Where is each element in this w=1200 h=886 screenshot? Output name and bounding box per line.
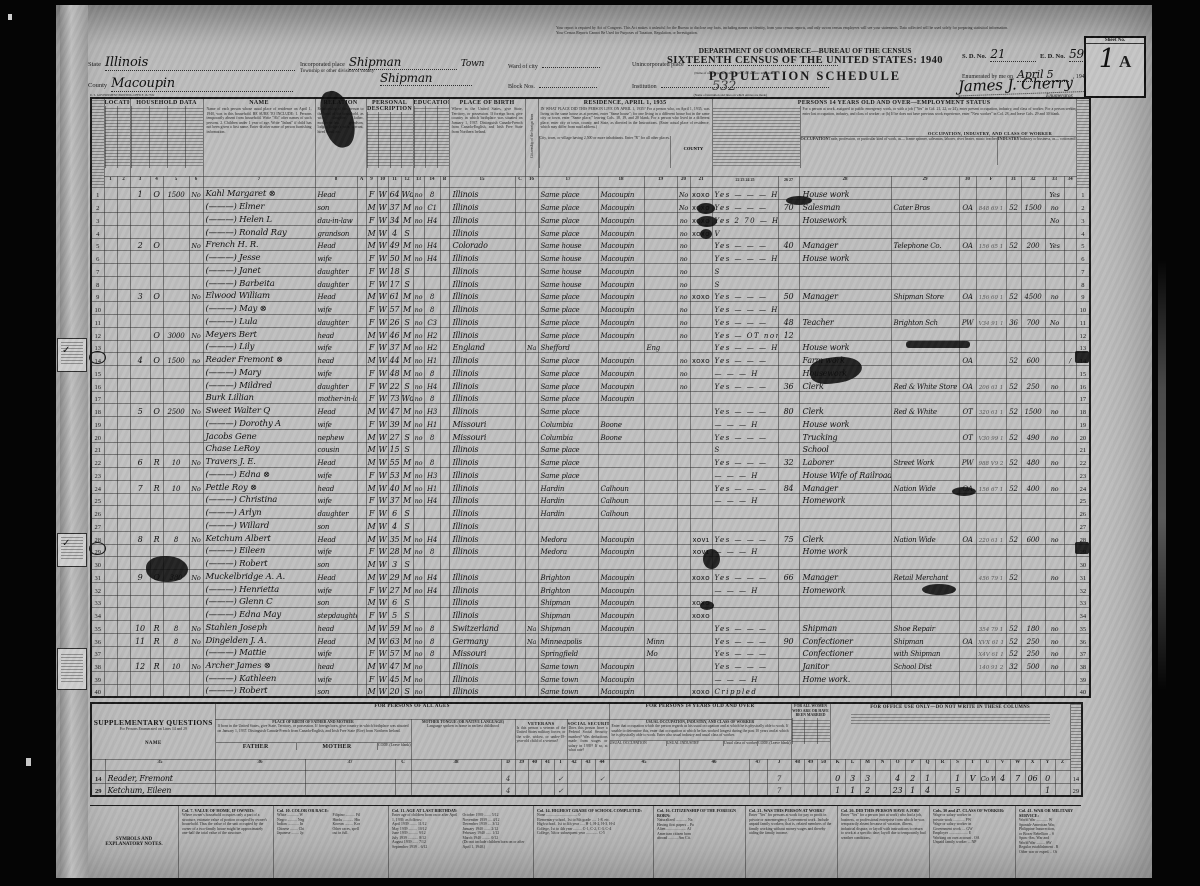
usual-class-header: Usual class of worker [723,741,757,746]
table-row: 34 (———) Edna May stepdaughter F W 5 S [91,608,1090,621]
cell-residence-state-1935 [644,531,677,544]
group-residence-1935: RESIDENCE, APRIL 1, 1935 IN WHAT PLACE D… [538,98,712,176]
cell-code-b [440,608,449,621]
cell-household-number [130,595,150,608]
cell-residence-county-1935: Macoupin [598,391,644,404]
cell-age: 37 [388,340,401,353]
cell-attended-school: no [413,417,424,430]
cell-farm: No [189,659,203,672]
cell-sex: F [366,493,377,506]
cell-weeks-worked: 36 [1006,315,1021,328]
cell-owned-rented: O [150,327,163,340]
cell-household-number: 4 [130,353,150,366]
cell-highest-grade: 8 [424,633,440,646]
cell-farm: No [189,455,203,468]
cell-relation: wife [315,646,357,659]
cell-wages-income [1021,225,1045,238]
cell-other-income: Yes [1045,238,1064,251]
cell-wages-income [1021,582,1045,595]
cell-code-a [357,238,366,251]
cell-code-f [976,557,1006,570]
cell-home-value [163,264,189,277]
cell-highest-grade: H4 [424,378,440,391]
supp-cell-ss3 [595,783,609,796]
cell-other-income [1045,366,1064,379]
cell-code-b [440,633,449,646]
cell-household-number: 12 [130,659,150,672]
cell-residence-city-1935: Same place [538,366,598,379]
table-row: 40 (———) Robert son M W 20 S no [91,684,1090,697]
cell-other-income [1045,225,1064,238]
note-body: World War ............ W Spanish-America… [1019,818,1078,854]
cell-home-value [163,340,189,353]
cell-farm [189,442,203,455]
cell-code-b [440,684,449,697]
cell-attended-school [413,264,424,277]
cell-code-a [357,302,366,315]
cell-residence-city-1935: Same house [538,238,598,251]
cell-residence-city-1935: Same place [538,289,598,302]
cell-age: 48 [388,366,401,379]
cell-citizenship [525,442,538,455]
cell-occupation: House work [799,417,891,430]
band-all-ages: FOR PERSONS OF ALL AGES [215,703,609,719]
cell-house-number [117,353,130,366]
ink-blot [697,203,715,214]
cell-residence-farm-1935: no [677,353,690,366]
cell-name: (———) Willard [203,519,315,532]
cell-industry [891,595,959,608]
cell-line-number: 1 [91,187,104,200]
cell-residence-county-1935: Macoupin [598,621,644,634]
cell-hours-worked: 36 [778,378,799,391]
cell-occupation [799,684,891,697]
cell-highest-grade: 8 [424,646,440,659]
cell-age: 35 [388,531,401,544]
cell-residence-county-1935 [598,468,644,481]
cell-relation: mother-in-law [315,391,357,404]
cell-street [104,429,117,442]
cell-office-stamp [690,455,712,468]
cell-line-number-right: 39 [1076,672,1090,685]
incorporated-place-type: Town [461,59,484,69]
cell-code-c [515,276,525,289]
cell-code-f [976,340,1006,353]
supp-cell-code-j: 7 [767,783,791,796]
cell-relation: Head [315,570,357,583]
supp-name-header: NAME [92,740,215,746]
supp-cell-w [1010,783,1025,796]
cell-citizenship [525,659,538,672]
cell-owned-rented [150,684,163,697]
cell-residence-farm-1935: no [677,264,690,277]
cell-residence-county-1935: Boone [598,429,644,442]
cell-relation: head [315,480,357,493]
cell-household-number: 2 [130,238,150,251]
veterans-group: VETERANS Is this person a veteran of the… [515,719,567,759]
cell-street [104,353,117,366]
cell-weeks-worked [1006,302,1021,315]
supp-line-29-marker [1075,542,1089,554]
cell-occupation: Home work [799,544,891,557]
cell-residence-state-1935 [644,480,677,493]
cell-residence-city-1935: Hardin [538,480,598,493]
cell-code-c [515,366,525,379]
cell-line-number: 37 [91,646,104,659]
cell-office-stamp [690,468,712,481]
supp-cell-vet1 [515,783,528,796]
cell-age: 47 [388,404,401,417]
cell-weeks-worked [1006,468,1021,481]
supp-cell-usual-class [749,770,767,783]
cell-code-b [440,672,449,685]
cell-wages-income [1021,340,1045,353]
cell-occupation: Manager [799,238,891,251]
cell-street [104,672,117,685]
cell-farm: No [189,187,203,200]
cell-sex: F [366,264,377,277]
cell-occupation: Confectioner [799,633,891,646]
cell-residence-city-1935: Columbia [538,429,598,442]
cell-code-34 [1064,238,1076,251]
cell-birthplace: Illinois [449,531,515,544]
cell-home-value: 8 [163,633,189,646]
cell-citizenship [525,302,538,315]
cell-farm: No [189,531,203,544]
cell-code-34 [1064,366,1076,379]
cell-residence-farm-1935: no [677,276,690,289]
cell-sex: F [366,378,377,391]
cell-code-f [976,519,1006,532]
cell-household-number [130,264,150,277]
cell-class-of-worker [959,570,976,583]
cell-employment-status [712,391,778,404]
cell-residence-county-1935: Macoupin [598,200,644,213]
cell-code-f: XVX 61 1 [976,633,1006,646]
cell-code-f [976,684,1006,697]
cell-line-number-right: 34 [1076,608,1090,621]
cell-residence-farm-1935: no [677,289,690,302]
cell-relation: wife [315,544,357,557]
cell-class-of-worker: OA [959,531,976,544]
cell-birthplace: Missouri [449,646,515,659]
cell-code-f: V34 91 1 [976,315,1006,328]
cell-code-34 [1064,404,1076,417]
cell-street [104,659,117,672]
cell-code-b [440,646,449,659]
cell-residence-county-1935: Macoupin [598,582,644,595]
cell-owned-rented [150,442,163,455]
cell-sex: F [366,251,377,264]
cell-code-b [440,366,449,379]
cell-wages-income [1021,417,1045,430]
cell-residence-state-1935 [644,289,677,302]
supp-cell-ss1 [567,770,581,783]
cell-occupation [799,302,891,315]
cell-wages-income: 200 [1021,238,1045,251]
cell-employment-status: Yes — — — [712,200,778,213]
supp-cell-n [875,770,890,783]
table-row: 24 7 R 10 No Pettle Roy ⊗ head M W 40 M … [91,480,1090,493]
cell-sex: F [366,340,377,353]
cell-line-number: 32 [91,582,104,595]
cell-street [104,570,117,583]
cell-farm: No [189,289,203,302]
cell-household-number [130,493,150,506]
cell-street [104,238,117,251]
cell-line-number-right: 36 [1076,633,1090,646]
cell-industry [891,506,959,519]
cell-race: W [377,251,388,264]
cell-industry: Brighton Sch [891,315,959,328]
cell-industry [891,353,959,366]
cell-code-b [440,200,449,213]
cell-citizenship [525,570,538,583]
cell-name: Pettle Roy ⊗ [203,480,315,493]
cell-code-c [515,404,525,417]
cell-house-number [117,289,130,302]
cell-code-c [515,633,525,646]
cell-employment-status: Yes — — — [712,238,778,251]
margin-check-line29: ✓ [62,538,70,549]
cell-owned-rented [150,608,163,621]
cell-household-number [130,519,150,532]
cell-residence-county-1935: Macoupin [598,366,644,379]
cell-weeks-worked [1006,519,1021,532]
cell-relation: head [315,621,357,634]
cell-residence-farm-1935 [677,442,690,455]
cell-attended-school: no [413,582,424,595]
group-location: LOCATION [104,98,130,176]
cell-race: W [377,187,388,200]
cell-line-number-right: 33 [1076,595,1090,608]
cell-office-stamp [690,327,712,340]
cell-code-c [515,264,525,277]
cell-home-value [163,276,189,289]
cell-owned-rented [150,200,163,213]
cell-attended-school [413,519,424,532]
cell-attended-school: no [413,621,424,634]
cell-race: W [377,468,388,481]
cell-birthplace: Illinois [449,544,515,557]
cell-birthplace: Illinois [449,353,515,366]
cell-name: (———) Ronald Ray [203,225,315,238]
cell-residence-city-1935: Shipman [538,621,598,634]
cell-birthplace: Switzerland [449,621,515,634]
cell-code-a [357,531,366,544]
supp-cell-w48 [791,770,804,783]
cell-employment-status [712,519,778,532]
cell-residence-state-1935 [644,493,677,506]
cell-owned-rented: R [150,480,163,493]
cell-household-number [130,684,150,697]
cell-citizenship [525,493,538,506]
cell-code-34 [1064,633,1076,646]
cell-line-number: 2 [91,200,104,213]
cell-house-number [117,213,130,226]
cell-house-number [117,276,130,289]
ward-field: Ward of city [508,55,600,73]
cell-class-of-worker [959,225,976,238]
cell-highest-grade: H4 [424,493,440,506]
cell-name: (———) Dorothy A [203,417,315,430]
usual-occupation-group: USUAL OCCUPATION, INDUSTRY, AND CLASS OF… [609,719,791,759]
cell-residence-city-1935: Shipman [538,595,598,608]
cell-class-of-worker [959,366,976,379]
cell-weeks-worked: 52 [1006,646,1021,659]
cell-line-number: 23 [91,468,104,481]
cell-sex: M [366,633,377,646]
sd-label: S. D. No. [962,53,986,60]
cell-residence-county-1935: Calhoun [598,506,644,519]
ed-label: E. D. No. [1040,53,1065,60]
cell-farm [189,251,203,264]
cell-residence-city-1935: Same house [538,264,598,277]
cell-hours-worked: 32 [778,455,799,468]
cell-race: W [377,391,388,404]
cell-residence-state-1935 [644,429,677,442]
cell-industry: Red & White [891,404,959,417]
cell-citizenship [525,200,538,213]
cell-weeks-worked [1006,276,1021,289]
note-col11: Col. 11. AGE AT LAST BIRTHDAY:Enter age … [388,806,533,878]
state-label: State [88,61,101,68]
employment-status-subcolumns [713,106,800,168]
supp-cell-vet2 [528,770,541,783]
cell-code-34 [1064,276,1076,289]
cell-office-stamp [690,378,712,391]
cell-relation: son [315,519,357,532]
cell-hours-worked [778,608,799,621]
cell-code-34 [1064,187,1076,200]
cell-attended-school [413,506,424,519]
cell-attended-school: no [413,289,424,302]
cell-other-income [1045,595,1064,608]
cell-other-income: no [1045,378,1064,391]
cell-employment-status: Yes — — — [712,353,778,366]
cell-class-of-worker [959,327,976,340]
cell-code-34 [1064,378,1076,391]
cell-hours-worked [778,493,799,506]
cell-household-number: 3 [130,289,150,302]
cell-house-number [117,340,130,353]
cell-wages-income [1021,506,1045,519]
supp-cell-line: 14 [91,770,105,783]
cell-age: 27 [388,582,401,595]
cell-owned-rented: R [150,659,163,672]
supp-cell-vet-code: ✓ [554,770,567,783]
cell-occupation: Manager [799,570,891,583]
cell-employment-status: — — — H [712,544,778,557]
unincorporated-label: Unincorporated place [632,62,684,68]
cell-code-c [515,557,525,570]
cell-code-c [515,493,525,506]
state-value: Illinois [105,55,295,71]
cell-other-income [1045,557,1064,570]
cell-line-number: 34 [91,608,104,621]
cell-relation: head [315,659,357,672]
cell-street [104,493,117,506]
cell-age: 46 [388,327,401,340]
cell-race: W [377,366,388,379]
cell-race: W [377,327,388,340]
cell-other-income [1045,327,1064,340]
cell-class-of-worker [959,684,976,697]
cell-code-f [976,264,1006,277]
cell-line-number: 9 [91,289,104,302]
cell-race: W [377,213,388,226]
cell-code-b [440,582,449,595]
cell-marital-status: S [401,429,413,442]
cell-other-income [1045,353,1064,366]
cell-code-a [357,621,366,634]
cell-office-stamp [690,582,712,595]
cell-birthplace: Illinois [449,595,515,608]
cell-industry: Cater Bros [891,200,959,213]
cell-hours-worked [778,264,799,277]
cell-age: 26 [388,315,401,328]
cell-marital-status: M [401,289,413,302]
cell-relation: stepdaughter [315,608,357,621]
table-row: 7 (———) Janet daughter F W 18 S [91,264,1090,277]
cell-line-number: 27 [91,519,104,532]
cell-residence-farm-1935 [677,531,690,544]
cell-highest-grade: 8 [424,621,440,634]
cell-industry [891,442,959,455]
supp-cell-w49 [804,783,817,796]
township-value: Shipman [380,71,472,86]
cell-residence-state-1935: Mo [644,646,677,659]
cell-employment-status: S [712,264,778,277]
cell-line-number-right: 25 [1076,493,1090,506]
cell-farm: No [189,327,203,340]
cell-relation: nephew [315,429,357,442]
cell-code-f [976,353,1006,366]
cell-occupation: Salesman [799,200,891,213]
cell-owned-rented [150,264,163,277]
cell-race: W [377,353,388,366]
cell-name: (———) Barbeita [203,276,315,289]
cell-household-number [130,225,150,238]
cell-office-stamp: XOXO [690,289,712,302]
cell-race: W [377,659,388,672]
supp-cell-o: 4 [890,770,905,783]
cell-farm [189,468,203,481]
cell-residence-farm-1935 [677,519,690,532]
cell-code-b [440,302,449,315]
table-row: 33 (———) Glenn C son M W 6 S [91,595,1090,608]
cell-house-number [117,468,130,481]
cell-class-of-worker [959,442,976,455]
cell-farm [189,340,203,353]
cell-highest-grade: H2 [424,340,440,353]
supp-cell-x: 06 [1025,770,1040,783]
cell-home-value [163,684,189,697]
cell-industry [891,608,959,621]
cell-farm: No [189,621,203,634]
cell-office-stamp [690,404,712,417]
cell-residence-county-1935: Macoupin [598,608,644,621]
cell-residence-city-1935: Same place [538,213,598,226]
cell-employment-status: Yes — — — H [712,251,778,264]
cell-house-number [117,557,130,570]
cell-residence-city-1935: Same town [538,684,598,697]
cell-relation: wife [315,468,357,481]
cell-class-of-worker [959,506,976,519]
cell-name: Muckelbridge A. A. [203,570,315,583]
cell-attended-school: no [413,672,424,685]
cell-farm [189,315,203,328]
